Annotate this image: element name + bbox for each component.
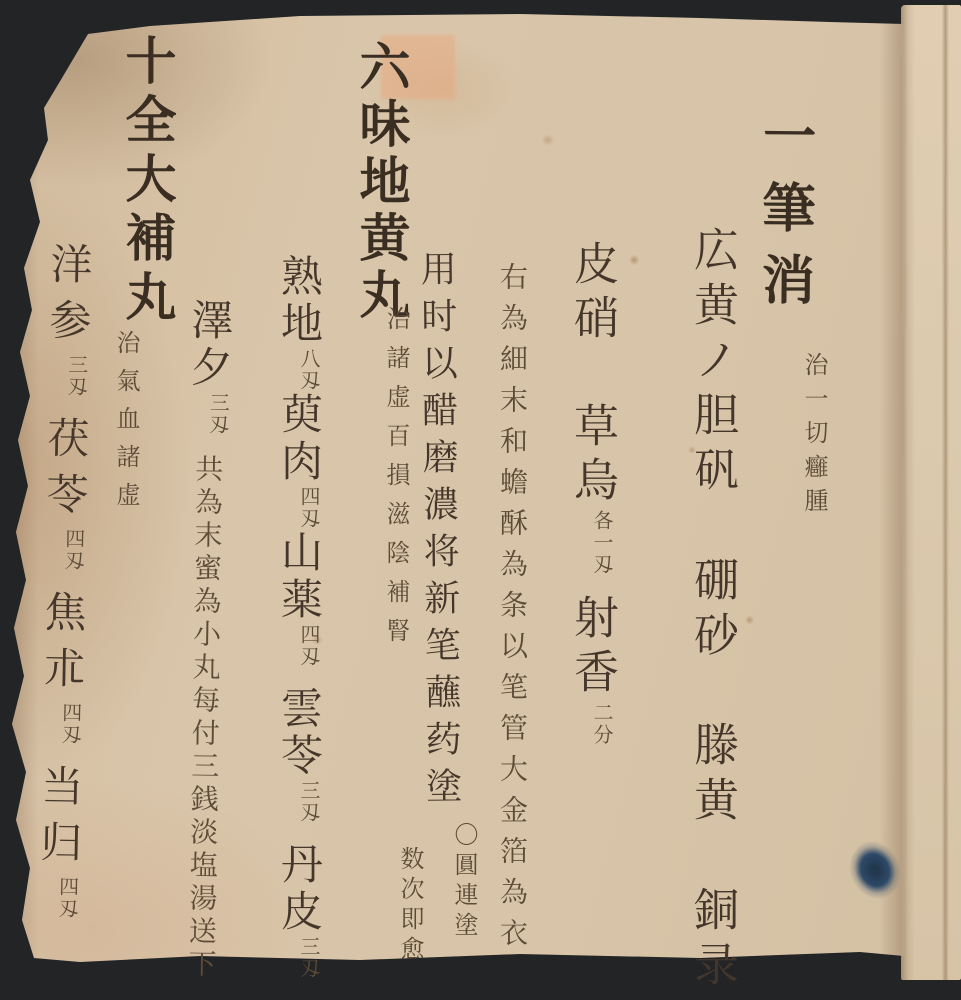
drug-dose: 四刄 — [297, 486, 321, 530]
drug-dose: 八刄 — [297, 348, 321, 392]
drug-dose: 二分 — [590, 702, 614, 746]
drug-dose: 三刄 — [206, 392, 231, 436]
drug-dose: 四刄 — [55, 876, 80, 920]
drug-dose: 三刄 — [297, 936, 321, 980]
drug-name: 焦朮 — [37, 590, 88, 703]
prescription-1-ingredients-column-2: 皮硝 草烏各一刄射香二分 — [570, 240, 615, 746]
drug-name: 山薬 — [275, 530, 324, 624]
prescription-1-indication: 治一切癰腫 — [802, 352, 826, 522]
drug-dose: 三刄 — [297, 780, 321, 824]
prescription-1-title: 一筆消 — [757, 108, 812, 324]
page-spine-fold — [901, 5, 961, 980]
prescription-1-method-note-left: 数次即愈 — [398, 846, 422, 966]
method-text: 共為末蜜為小丸每付三銭淡塩湯送下 — [184, 454, 224, 982]
drug-name: 洋参 — [43, 242, 94, 355]
prescription-2-title: 六味地黄丸 — [354, 40, 405, 325]
prescription-3-indication: 治氣血諸虚 — [114, 330, 138, 520]
prescription-3-title: 十全大補丸 — [120, 34, 171, 329]
drug-name: 雲苓 — [275, 686, 324, 780]
drug-dose: 四刄 — [297, 624, 321, 668]
drug-dose: 四刄 — [61, 528, 86, 572]
drug-name: 茯苓 — [40, 416, 91, 529]
prescription-2-indication: 治諸虚百損滋陰補腎 — [384, 306, 408, 657]
manuscript-scan: 一筆消 治一切癰腫 広黄ノ胆矾 硼砂 滕黄 銅录 皮硝 草烏各一刄射香二分 右為… — [0, 0, 961, 1000]
prescription-1-method-column-2: 用时以醋磨濃将新笔蘸药塗 — [417, 250, 459, 814]
drug-name: 当归 — [34, 764, 85, 877]
drug-name: 丹皮 — [275, 842, 324, 936]
prescription-1-method-column-1: 右為細末和蟾酥為条以笔管大金箔為衣 — [498, 262, 526, 959]
drug-names: 皮硝 草烏 — [566, 240, 619, 510]
prescription-1-ingredients-column-1: 広黄ノ胆矾 硼砂 滕黄 銅录 — [690, 226, 735, 996]
prescription-2-drug-column: 熟地八刄萸肉四刄山薬四刄雲苓三刄丹皮三刄 — [278, 254, 320, 980]
prescription-3-drug-column: 洋参三刄茯苓四刄焦朮四刄当归四刄 — [36, 242, 90, 921]
drug-name: 射香 — [566, 594, 619, 702]
prescription-1-method-note-right: 〇圓連塗 — [452, 822, 476, 942]
drug-dose: 四刄 — [58, 702, 83, 746]
drug-dose: 各一刄 — [590, 510, 614, 576]
drug-name: 萸肉 — [275, 392, 324, 486]
drug-dose: 三刄 — [64, 354, 89, 398]
drug-name: 澤夕 — [184, 298, 234, 393]
drug-name: 熟地 — [275, 254, 324, 348]
